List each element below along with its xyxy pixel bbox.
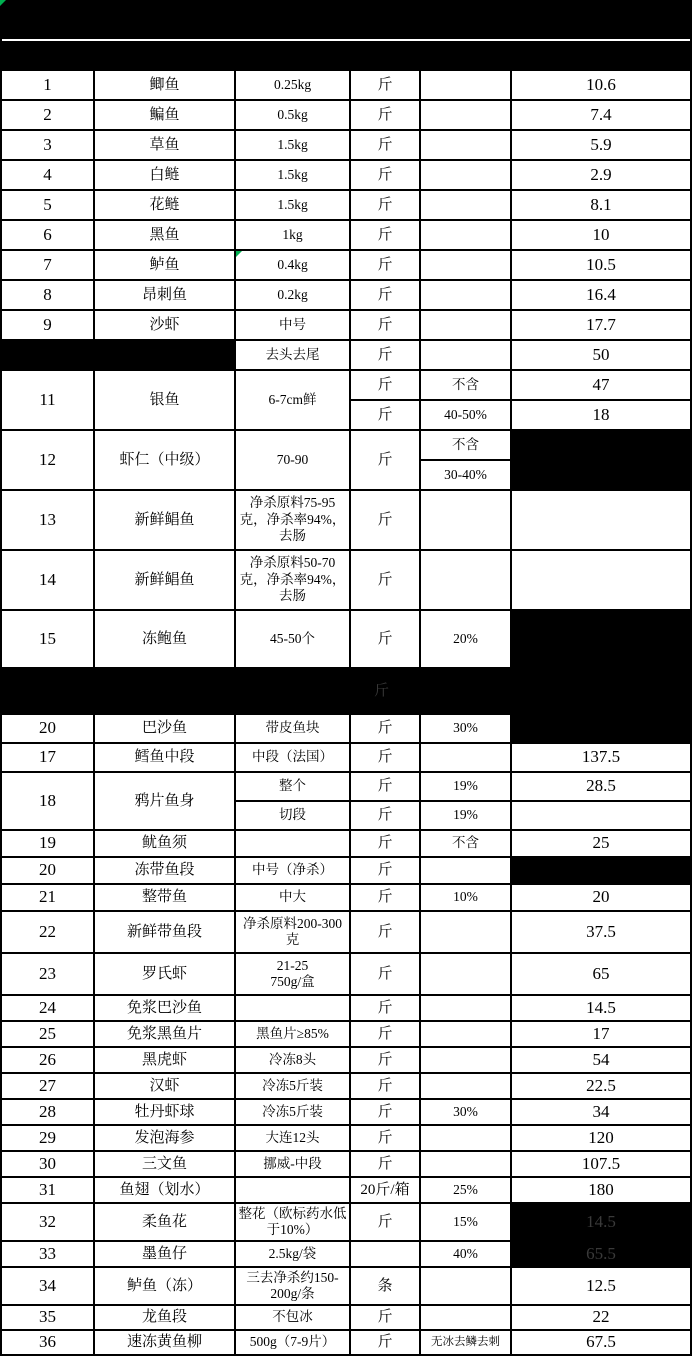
note-cell[interactable]	[421, 1268, 512, 1306]
num-cell[interactable]: 29	[2, 1126, 95, 1152]
num-cell[interactable]: 34	[2, 1268, 95, 1306]
table-row: 29发泡海参大连12头斤120	[2, 1126, 692, 1152]
table-row: 15冻鲍鱼45-50个斤20%	[2, 611, 692, 669]
unit-cell[interactable]: 斤	[351, 1306, 421, 1331]
table-row: 23罗氏虾21-25 750g/盒斤65	[2, 954, 692, 996]
table-row: 8昂刺鱼0.2kg斤16.4	[2, 281, 692, 311]
name-cell[interactable]: 虾仁（中级）	[95, 431, 236, 491]
name-cell[interactable]: 鱼翅（划水）	[95, 1178, 236, 1204]
table-row: 22新鲜带鱼段净杀原料200-300克斤37.5	[2, 912, 692, 954]
num-cell[interactable]: 9	[2, 311, 95, 341]
unit-cell[interactable]: 斤	[351, 551, 421, 611]
price-cell[interactable]	[512, 715, 692, 744]
num-cell[interactable]: 8	[2, 281, 95, 311]
table-row: 34鲈鱼（冻）三去净杀约150-200g/条条12.5	[2, 1268, 692, 1306]
price-cell[interactable]: 10	[512, 221, 692, 251]
name-cell[interactable]: 鸦片鱼身	[95, 773, 236, 831]
note-cell[interactable]: 19%	[421, 773, 512, 802]
price-cell[interactable]: 107.5	[512, 1152, 692, 1178]
name-cell[interactable]: 花鲢	[95, 191, 236, 221]
num-cell[interactable]: 19	[2, 831, 95, 858]
spreadsheet-page: 1鲫鱼0.25kg斤10.62鳊鱼0.5kg斤7.43草鱼1.5kg斤5.94白…	[0, 0, 692, 1357]
table-row: 36速冻黄鱼柳500g（7-9片）斤无冰去鳞去刺67.5	[2, 1331, 692, 1356]
spec-cell[interactable]: 1kg	[236, 221, 351, 251]
unit-cell[interactable]: 斤	[351, 611, 421, 669]
spec-cell[interactable]: 净杀原料200-300克	[236, 912, 351, 954]
note-cell[interactable]	[421, 191, 512, 221]
unit-cell[interactable]: 斤	[351, 341, 421, 371]
unit-cell[interactable]: 斤	[351, 311, 421, 341]
price-cell[interactable]: 67.5	[512, 1331, 692, 1356]
num-cell[interactable]: 13	[2, 491, 95, 551]
unit-cell[interactable]: 斤	[351, 191, 421, 221]
table-row: 4白鲢1.5kg斤2.9	[2, 161, 692, 191]
unit-cell[interactable]: 斤	[351, 221, 421, 251]
note-cell[interactable]	[421, 954, 512, 996]
note-cell[interactable]	[421, 1126, 512, 1152]
name-cell[interactable]: 免浆巴沙鱼	[95, 996, 236, 1022]
name-cell[interactable]: 新鲜带鱼段	[95, 912, 236, 954]
price-cell[interactable]: 10.5	[512, 251, 692, 281]
unit-cell[interactable]: 斤	[351, 371, 421, 401]
price-cell[interactable]: 54	[512, 1048, 692, 1074]
name-cell[interactable]: 速冻黄鱼柳	[95, 1331, 236, 1356]
name-cell[interactable]: 三文鱼	[95, 1152, 236, 1178]
num-cell[interactable]: 23	[2, 954, 95, 996]
price-cell[interactable]: 18	[512, 401, 692, 431]
note-cell[interactable]	[421, 221, 512, 251]
redacted-header-cell[interactable]	[2, 41, 692, 71]
num-cell[interactable]: 14	[2, 551, 95, 611]
table-row: 7鲈鱼0.4kg斤10.5	[2, 251, 692, 281]
price-cell[interactable]: 137.5	[512, 744, 692, 773]
unit-cell[interactable]: 斤	[351, 1100, 421, 1126]
note-cell[interactable]: 10%	[421, 885, 512, 912]
note-cell[interactable]	[421, 1022, 512, 1048]
spec-cell[interactable]: 70-90	[236, 431, 351, 491]
unit-cell[interactable]: 斤	[351, 251, 421, 281]
spec-cell[interactable]: 冷冻8头	[236, 1048, 351, 1074]
name-cell[interactable]: 冻鲍鱼	[95, 611, 236, 669]
price-cell[interactable]: 2.9	[512, 161, 692, 191]
spec-cell[interactable]: 挪威-中段	[236, 1152, 351, 1178]
unit-cell[interactable]: 斤	[351, 773, 421, 802]
spec-cell[interactable]	[236, 996, 351, 1022]
name-cell[interactable]: 草鱼	[95, 131, 236, 161]
note-cell[interactable]	[421, 71, 512, 101]
spec-cell[interactable]: 1.5kg	[236, 161, 351, 191]
num-cell[interactable]: 15	[2, 611, 95, 669]
spec-cell[interactable]: 45-50个	[236, 611, 351, 669]
note-cell[interactable]	[421, 858, 512, 885]
spec-cell[interactable]: 中号（净杀）	[236, 858, 351, 885]
price-cell[interactable]: 22.5	[512, 1074, 692, 1100]
num-cell[interactable]: 3	[2, 131, 95, 161]
table-row: 25免浆黑鱼片黑鱼片≥85%斤17	[2, 1022, 692, 1048]
name-cell[interactable]: 新鲜鲳鱼	[95, 491, 236, 551]
num-cell[interactable]: 12	[2, 431, 95, 491]
table-row: 32柔鱼花整花（欧标药水低于10%）斤15%14.5	[2, 1204, 692, 1242]
name-cell[interactable]: 汉虾	[95, 1074, 236, 1100]
num-cell[interactable]: 17	[2, 744, 95, 773]
spec-cell[interactable]: 黑鱼片≥85%	[236, 1022, 351, 1048]
note-cell[interactable]: 40%	[421, 1242, 512, 1268]
num-cell[interactable]: 20	[2, 858, 95, 885]
num-cell[interactable]: 1	[2, 71, 95, 101]
unit-cell[interactable]: 斤	[351, 101, 421, 131]
note-cell[interactable]: 30-40%	[421, 461, 512, 491]
name-cell[interactable]: 鳕鱼中段	[95, 744, 236, 773]
unit-cell: 斤	[374, 682, 389, 700]
num-cell[interactable]: 31	[2, 1178, 95, 1204]
name-cell[interactable]: 发泡海参	[95, 1126, 236, 1152]
spec-cell[interactable]: 三去净杀约150-200g/条	[236, 1268, 351, 1306]
price-cell[interactable]: 17.7	[512, 311, 692, 341]
price-cell[interactable]: 50	[512, 341, 692, 371]
spec-cell[interactable]: 净杀原料75-95克，净杀率94%，去肠	[236, 491, 351, 551]
note-cell[interactable]	[421, 131, 512, 161]
spec-cell[interactable]: 6-7cm鲜	[236, 371, 351, 431]
name-cell[interactable]: 鲈鱼（冻）	[95, 1268, 236, 1306]
note-cell[interactable]	[421, 551, 512, 611]
unit-cell[interactable]: 斤	[351, 1048, 421, 1074]
spec-cell[interactable]	[236, 831, 351, 858]
table-row: 2鳊鱼0.5kg斤7.4	[2, 101, 692, 131]
num-cell[interactable]: 4	[2, 161, 95, 191]
spec-cell[interactable]: 整花（欧标药水低于10%）	[236, 1204, 351, 1242]
table-row: 斤	[2, 669, 692, 715]
spec-cell[interactable]: 去头去尾	[236, 341, 351, 371]
name-cell[interactable]: 巴沙鱼	[95, 715, 236, 744]
price-cell[interactable]	[512, 491, 692, 551]
spec-cell[interactable]	[236, 1178, 351, 1204]
unit-cell[interactable]: 斤	[351, 1204, 421, 1242]
table-row: 31鱼翅（划水）20斤/箱25%180	[2, 1178, 692, 1204]
unit-cell[interactable]: 斤	[351, 1331, 421, 1356]
note-cell[interactable]: 20%	[421, 611, 512, 669]
price-cell[interactable]: 14.5	[512, 1204, 692, 1242]
unit-cell[interactable]: 斤	[351, 431, 421, 491]
table-body: 1鲫鱼0.25kg斤10.62鳊鱼0.5kg斤7.43草鱼1.5kg斤5.94白…	[2, 1, 692, 1356]
spec-cell[interactable]: 0.25kg	[236, 71, 351, 101]
note-cell[interactable]	[421, 912, 512, 954]
name-cell[interactable]: 龙鱼段	[95, 1306, 236, 1331]
price-cell[interactable]: 8.1	[512, 191, 692, 221]
num-cell[interactable]	[2, 341, 95, 371]
note-cell[interactable]	[421, 744, 512, 773]
num-cell[interactable]: 32	[2, 1204, 95, 1242]
unit-cell[interactable]: 斤	[351, 744, 421, 773]
unit-cell[interactable]: 斤	[351, 912, 421, 954]
spec-cell[interactable]: 中段（法国）	[236, 744, 351, 773]
spec-cell[interactable]: 1.5kg	[236, 131, 351, 161]
name-cell[interactable]: 鳊鱼	[95, 101, 236, 131]
spec-cell[interactable]: 冷冻5斤装	[236, 1100, 351, 1126]
name-cell[interactable]: 牡丹虾球	[95, 1100, 236, 1126]
note-cell[interactable]	[421, 101, 512, 131]
name-cell[interactable]: 墨鱼仔	[95, 1242, 236, 1268]
unit-cell[interactable]: 斤	[351, 71, 421, 101]
table-row: 12虾仁（中级）70-90斤不含	[2, 431, 692, 461]
price-cell[interactable]	[512, 461, 692, 491]
note-cell[interactable]: 40-50%	[421, 401, 512, 431]
spec-cell[interactable]: 0.5kg	[236, 101, 351, 131]
unit-cell[interactable]: 斤	[351, 996, 421, 1022]
name-cell[interactable]: 银鱼	[95, 371, 236, 431]
note-cell[interactable]: 19%	[421, 802, 512, 831]
unit-cell[interactable]: 斤	[351, 1152, 421, 1178]
num-cell[interactable]: 24	[2, 996, 95, 1022]
spec-cell[interactable]: 500g（7-9片）	[236, 1331, 351, 1356]
price-cell[interactable]: 17	[512, 1022, 692, 1048]
note-cell[interactable]	[421, 1074, 512, 1100]
spec-cell[interactable]: 中大	[236, 885, 351, 912]
spec-cell[interactable]: 带皮鱼块	[236, 715, 351, 744]
table-row: 9沙虾中号斤17.7	[2, 311, 692, 341]
unit-cell[interactable]: 斤	[351, 131, 421, 161]
spec-cell[interactable]: 0.4kg	[236, 251, 351, 281]
table-row	[2, 41, 692, 71]
table-row: 33墨鱼仔2.5kg/袋40%65.5	[2, 1242, 692, 1268]
table-row: 5花鲢1.5kg斤8.1	[2, 191, 692, 221]
price-cell[interactable]: 5.9	[512, 131, 692, 161]
unit-cell[interactable]	[351, 1242, 421, 1268]
note-cell[interactable]: 不含	[421, 371, 512, 401]
num-cell[interactable]: 28	[2, 1100, 95, 1126]
num-cell[interactable]: 7	[2, 251, 95, 281]
name-cell[interactable]: 柔鱼花	[95, 1204, 236, 1242]
unit-cell[interactable]: 斤	[351, 161, 421, 191]
table-row: 24免浆巴沙鱼斤14.5	[2, 996, 692, 1022]
num-cell[interactable]: 26	[2, 1048, 95, 1074]
note-cell[interactable]	[421, 341, 512, 371]
unit-cell[interactable]: 斤	[351, 885, 421, 912]
note-cell[interactable]	[421, 1306, 512, 1331]
note-cell[interactable]	[421, 311, 512, 341]
note-cell[interactable]: 无冰去鳞去刺	[421, 1331, 512, 1356]
note-cell[interactable]	[421, 251, 512, 281]
unit-cell[interactable]: 条	[351, 1268, 421, 1306]
note-cell[interactable]: 不含	[421, 831, 512, 858]
table-row: 30三文鱼挪威-中段斤107.5	[2, 1152, 692, 1178]
note-cell[interactable]	[421, 1152, 512, 1178]
price-cell[interactable]: 22	[512, 1306, 692, 1331]
num-cell[interactable]: 36	[2, 1331, 95, 1356]
spec-cell[interactable]: 2.5kg/袋	[236, 1242, 351, 1268]
name-cell[interactable]: 沙虾	[95, 311, 236, 341]
unit-cell[interactable]: 斤	[351, 858, 421, 885]
note-cell[interactable]	[421, 996, 512, 1022]
table-row: 14新鲜鲳鱼净杀原料50-70克，净杀率94%，去肠斤	[2, 551, 692, 611]
spec-cell[interactable]: 整个	[236, 773, 351, 802]
table-row: 27汉虾冷冻5斤装斤22.5	[2, 1074, 692, 1100]
price-cell[interactable]	[512, 551, 692, 611]
note-cell[interactable]: 15%	[421, 1204, 512, 1242]
spec-cell[interactable]: 冷冻5斤装	[236, 1074, 351, 1100]
comment-marker-icon	[236, 251, 242, 257]
table-row: 28牡丹虾球冷冻5斤装斤30%34	[2, 1100, 692, 1126]
price-cell[interactable]: 10.6	[512, 71, 692, 101]
name-cell[interactable]: 鲫鱼	[95, 71, 236, 101]
name-cell[interactable]: 冻带鱼段	[95, 858, 236, 885]
name-cell[interactable]: 罗氏虾	[95, 954, 236, 996]
name-cell[interactable]: 黑鱼	[95, 221, 236, 251]
price-cell[interactable]	[512, 431, 692, 461]
price-cell[interactable]: 120	[512, 1126, 692, 1152]
num-cell[interactable]: 2	[2, 101, 95, 131]
price-cell[interactable]	[512, 858, 692, 885]
num-cell[interactable]: 20	[2, 715, 95, 744]
price-cell[interactable]: 34	[512, 1100, 692, 1126]
price-cell[interactable]: 65	[512, 954, 692, 996]
table-row: 18鸦片鱼身整个斤19%28.5	[2, 773, 692, 802]
price-cell[interactable]: 7.4	[512, 101, 692, 131]
spec-cell[interactable]: 大连12头	[236, 1126, 351, 1152]
num-cell[interactable]: 33	[2, 1242, 95, 1268]
unit-cell[interactable]: 斤	[351, 491, 421, 551]
num-cell[interactable]: 6	[2, 221, 95, 251]
spec-cell[interactable]: 净杀原料50-70克，净杀率94%，去肠	[236, 551, 351, 611]
name-cell[interactable]: 免浆黑鱼片	[95, 1022, 236, 1048]
price-cell[interactable]: 25	[512, 831, 692, 858]
note-cell[interactable]	[421, 491, 512, 551]
note-cell[interactable]	[421, 161, 512, 191]
unit-cell[interactable]: 斤	[351, 1074, 421, 1100]
unit-cell[interactable]: 斤	[351, 1022, 421, 1048]
name-cell[interactable]: 鱿鱼须	[95, 831, 236, 858]
num-cell[interactable]: 21	[2, 885, 95, 912]
spec-cell[interactable]: 不包冰	[236, 1306, 351, 1331]
price-cell[interactable]: 16.4	[512, 281, 692, 311]
note-cell[interactable]: 不含	[421, 431, 512, 461]
table-row	[2, 1, 692, 41]
num-cell[interactable]: 27	[2, 1074, 95, 1100]
table-row: 6黑鱼1kg斤10	[2, 221, 692, 251]
spec-cell[interactable]: 21-25 750g/盒	[236, 954, 351, 996]
num-cell[interactable]: 11	[2, 371, 95, 431]
table-row: 35龙鱼段不包冰斤22	[2, 1306, 692, 1331]
unit-cell[interactable]: 斤	[351, 954, 421, 996]
num-cell[interactable]: 30	[2, 1152, 95, 1178]
spec-cell[interactable]: 切段	[236, 802, 351, 831]
note-cell[interactable]: 30%	[421, 715, 512, 744]
price-cell[interactable]: 12.5	[512, 1268, 692, 1306]
spec-cell[interactable]: 1.5kg	[236, 191, 351, 221]
unit-cell[interactable]: 斤	[351, 831, 421, 858]
price-cell[interactable]: 180	[512, 1178, 692, 1204]
name-cell[interactable]	[95, 341, 236, 371]
price-cell[interactable]: 20	[512, 885, 692, 912]
unit-cell[interactable]: 斤	[351, 802, 421, 831]
note-cell[interactable]: 25%	[421, 1178, 512, 1204]
name-cell[interactable]: 新鲜鲳鱼	[95, 551, 236, 611]
num-cell[interactable]: 5	[2, 191, 95, 221]
table-row: 17鳕鱼中段中段（法国）斤137.5	[2, 744, 692, 773]
unit-cell[interactable]: 斤	[351, 281, 421, 311]
table-row: 11银鱼6-7cm鲜斤不含47	[2, 371, 692, 401]
name-cell[interactable]: 白鲢	[95, 161, 236, 191]
price-cell[interactable]: 28.5	[512, 773, 692, 802]
price-cell[interactable]	[512, 802, 692, 831]
price-table: 1鲫鱼0.25kg斤10.62鳊鱼0.5kg斤7.43草鱼1.5kg斤5.94白…	[0, 0, 692, 1356]
redacted-band-cell[interactable]: 斤	[2, 669, 692, 715]
num-cell[interactable]: 25	[2, 1022, 95, 1048]
price-cell[interactable]: 14.5	[512, 996, 692, 1022]
name-cell[interactable]: 黑虎虾	[95, 1048, 236, 1074]
table-row: 19鱿鱼须斤不含25	[2, 831, 692, 858]
unit-cell[interactable]: 20斤/箱	[351, 1178, 421, 1204]
num-cell[interactable]: 22	[2, 912, 95, 954]
table-row: 3草鱼1.5kg斤5.9	[2, 131, 692, 161]
table-row: 26黑虎虾冷冻8头斤54	[2, 1048, 692, 1074]
note-cell[interactable]	[421, 281, 512, 311]
unit-cell[interactable]: 斤	[351, 401, 421, 431]
name-cell[interactable]: 鲈鱼	[95, 251, 236, 281]
redacted-title-cell[interactable]	[2, 1, 692, 41]
num-cell[interactable]: 18	[2, 773, 95, 831]
name-cell[interactable]: 整带鱼	[95, 885, 236, 912]
name-cell[interactable]: 昂刺鱼	[95, 281, 236, 311]
spec-cell[interactable]: 中号	[236, 311, 351, 341]
spec-cell[interactable]: 0.2kg	[236, 281, 351, 311]
price-cell[interactable]: 37.5	[512, 912, 692, 954]
unit-cell[interactable]: 斤	[351, 1126, 421, 1152]
table-row: 13新鲜鲳鱼净杀原料75-95克，净杀率94%，去肠斤	[2, 491, 692, 551]
table-row: 1鲫鱼0.25kg斤10.6	[2, 71, 692, 101]
price-cell[interactable]: 47	[512, 371, 692, 401]
note-cell[interactable]: 30%	[421, 1100, 512, 1126]
table-row: 21整带鱼中大斤10%20	[2, 885, 692, 912]
num-cell[interactable]: 35	[2, 1306, 95, 1331]
unit-cell[interactable]: 斤	[351, 715, 421, 744]
table-row: 去头去尾斤50	[2, 341, 692, 371]
sheet-corner-marker-icon	[0, 0, 6, 6]
table-row: 20冻带鱼段中号（净杀）斤	[2, 858, 692, 885]
table-row: 20巴沙鱼带皮鱼块斤30%	[2, 715, 692, 744]
note-cell[interactable]	[421, 1048, 512, 1074]
price-cell[interactable]: 65.5	[512, 1242, 692, 1268]
price-cell[interactable]	[512, 611, 692, 669]
